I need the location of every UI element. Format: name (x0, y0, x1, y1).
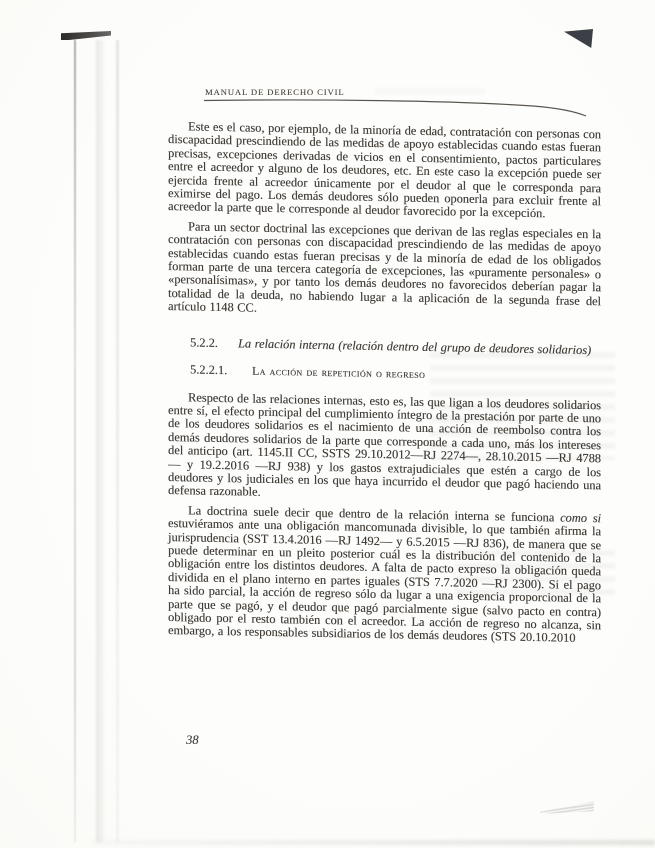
page-body: Este es el caso, por ejemplo, de la mino… (168, 120, 601, 652)
heading-title: La relación interna (relación dentro del… (238, 337, 601, 357)
paragraph: La doctrina suele decir que dentro de la… (168, 504, 601, 646)
paragraph: Este es el caso, por ejemplo, de la mino… (168, 120, 601, 222)
heading-number: 5.2.2. (190, 336, 238, 350)
scan-artifact-top-right-corner (564, 29, 593, 48)
section-heading-5-2-2: 5.2.2. La relación interna (relación den… (190, 336, 601, 357)
scan-artifact-top-left (61, 31, 111, 40)
ink-bleed-through (375, 88, 485, 97)
page-binding-edge-band (96, 40, 104, 842)
heading-number: 5.2.2.1. (190, 364, 252, 379)
page-number: 38 (186, 733, 199, 748)
scanned-page: MANUAL DE DERECHO CIVIL Este es el caso,… (0, 0, 655, 848)
header-rule (203, 97, 589, 121)
heading-title: La acción de repetición o regreso (252, 365, 601, 385)
running-header: MANUAL DE DERECHO CIVIL (205, 87, 345, 97)
scan-artifact-bottom-right (540, 800, 594, 814)
section-heading-5-2-2-1: 5.2.2.1. La acción de repetición o regre… (190, 364, 601, 385)
paragraph: Respecto de las relaciones internas, est… (168, 391, 601, 507)
page-bottom-edge-shadow (90, 840, 655, 845)
paragraph: Para un sector doctrinal las excepciones… (168, 220, 601, 322)
paragraph-segment: estuviéramos ante una obligación mancomu… (168, 516, 601, 645)
page-binding-edge-line (74, 40, 76, 842)
page-binding-edge-line (116, 40, 119, 842)
